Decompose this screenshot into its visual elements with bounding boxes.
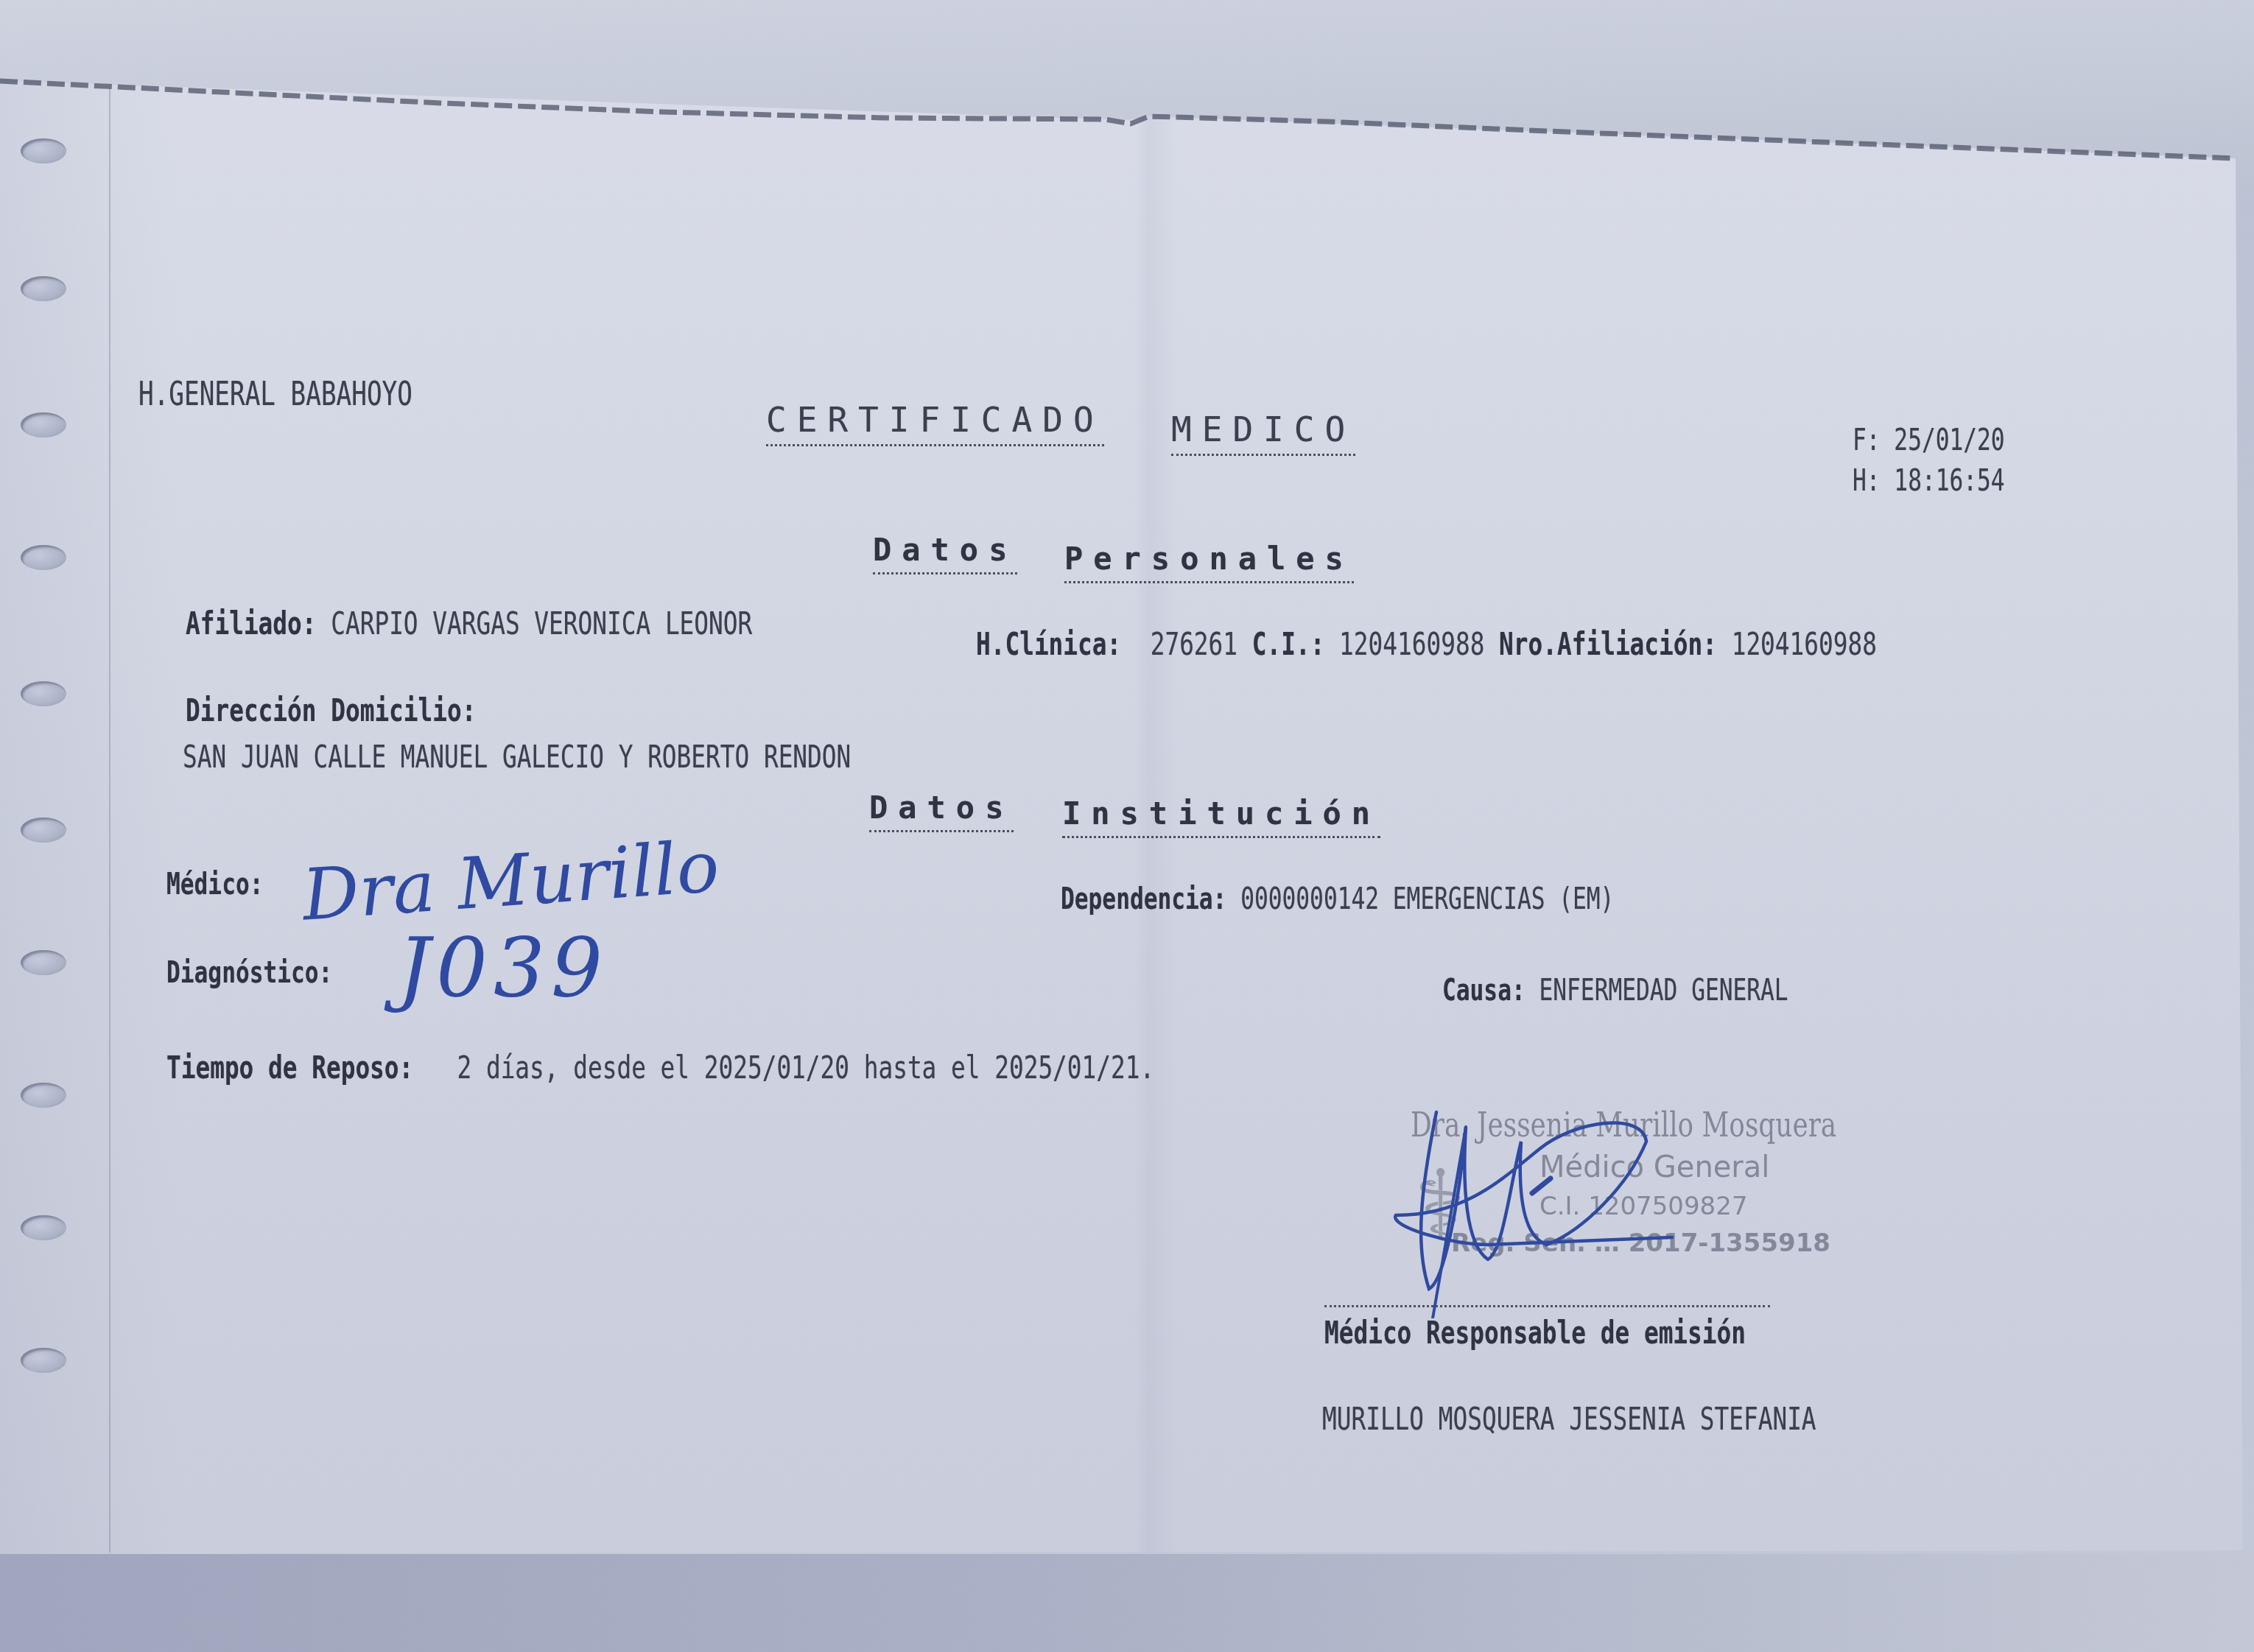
department-field: Dependencia: 0000000142 EMERGENCIAS (EM) — [1061, 882, 1614, 916]
issue-time-label: H: — [1853, 464, 1881, 498]
cause-field: Causa: ENFERMEDAD GENERAL — [1442, 974, 1788, 1008]
binder-hole — [21, 412, 66, 437]
clinical-history-value: 276261 — [1151, 626, 1237, 662]
document-title-word1: CERTIFICADO — [766, 400, 1104, 446]
department-value: 0000000142 EMERGENCIAS (EM) — [1240, 882, 1614, 916]
ci-label: C.I.: — [1252, 626, 1325, 662]
signature-line — [1324, 1305, 1770, 1307]
diagnosis-label: Diagnóstico: — [166, 956, 332, 990]
section-title-personal-word1: Datos — [873, 532, 1017, 574]
handwritten-signature — [1392, 1097, 1702, 1318]
affiliate-value: CARPIO VARGAS VERONICA LEONOR — [331, 605, 752, 642]
issue-date: F: 25/01/20 — [1853, 423, 2005, 457]
binder-hole — [21, 1348, 66, 1373]
rest-period-value: 2 días, desde el 2025/01/20 hasta el 202… — [457, 1050, 1154, 1086]
cause-label: Causa: — [1442, 974, 1526, 1008]
issue-date-value: 25/01/20 — [1894, 423, 2004, 457]
affiliation-number-value: 1204160988 — [1732, 626, 1877, 662]
clinical-history-label: H.Clínica: — [976, 626, 1121, 662]
rest-period-field: Tiempo de Reposo: 2 días, desde el 2025/… — [166, 1050, 1154, 1086]
document-title-word2: MEDICO — [1171, 410, 1355, 456]
clinical-ids: H.Clínica: 276261 C.I.: 1204160988 Nro.A… — [976, 626, 1877, 662]
binder-hole — [21, 681, 66, 706]
binder-hole — [21, 138, 66, 164]
affiliate-label: Afiliado: — [186, 605, 317, 642]
binder-hole — [21, 950, 66, 975]
hospital-name: H.GENERAL BABAHOYO — [138, 376, 412, 413]
diagnosis-handwritten: J039 — [398, 921, 608, 1015]
address-value: SAN JUAN CALLE MANUEL GALECIO Y ROBERTO … — [183, 739, 851, 775]
doctor-label: Médico: — [166, 868, 263, 901]
perforation-margin — [109, 87, 110, 1553]
responsible-doctor-name: MURILLO MOSQUERA JESSENIA STEFANIA — [1322, 1401, 1816, 1437]
issue-time: H: 18:16:54 — [1853, 464, 2005, 498]
department-label: Dependencia: — [1061, 882, 1226, 916]
issue-date-label: F: — [1853, 423, 1881, 457]
affiliation-number-label: Nro.Afiliación: — [1499, 626, 1717, 662]
binder-hole — [21, 1215, 66, 1240]
ci-value: 1204160988 — [1339, 626, 1484, 662]
cause-value: ENFERMEDAD GENERAL — [1539, 974, 1788, 1008]
section-title-institution-word1: Datos — [869, 790, 1014, 832]
binder-hole — [21, 818, 66, 843]
section-title-institution-word2: Institución — [1062, 795, 1380, 838]
rest-period-label: Tiempo de Reposo: — [166, 1050, 413, 1086]
section-title-personal-word2: Personales — [1064, 541, 1354, 583]
address-label: Dirección Domicilio: — [186, 692, 476, 728]
surface-below-paper — [0, 1554, 2254, 1652]
affiliate-field: Afiliado: CARPIO VARGAS VERONICA LEONOR — [186, 605, 752, 642]
responsible-doctor-label: Médico Responsable de emisión — [1324, 1315, 1746, 1351]
binder-hole — [21, 545, 66, 570]
issue-time-value: 18:16:54 — [1894, 464, 2004, 498]
binder-hole — [21, 1083, 66, 1108]
binder-hole — [21, 276, 66, 301]
